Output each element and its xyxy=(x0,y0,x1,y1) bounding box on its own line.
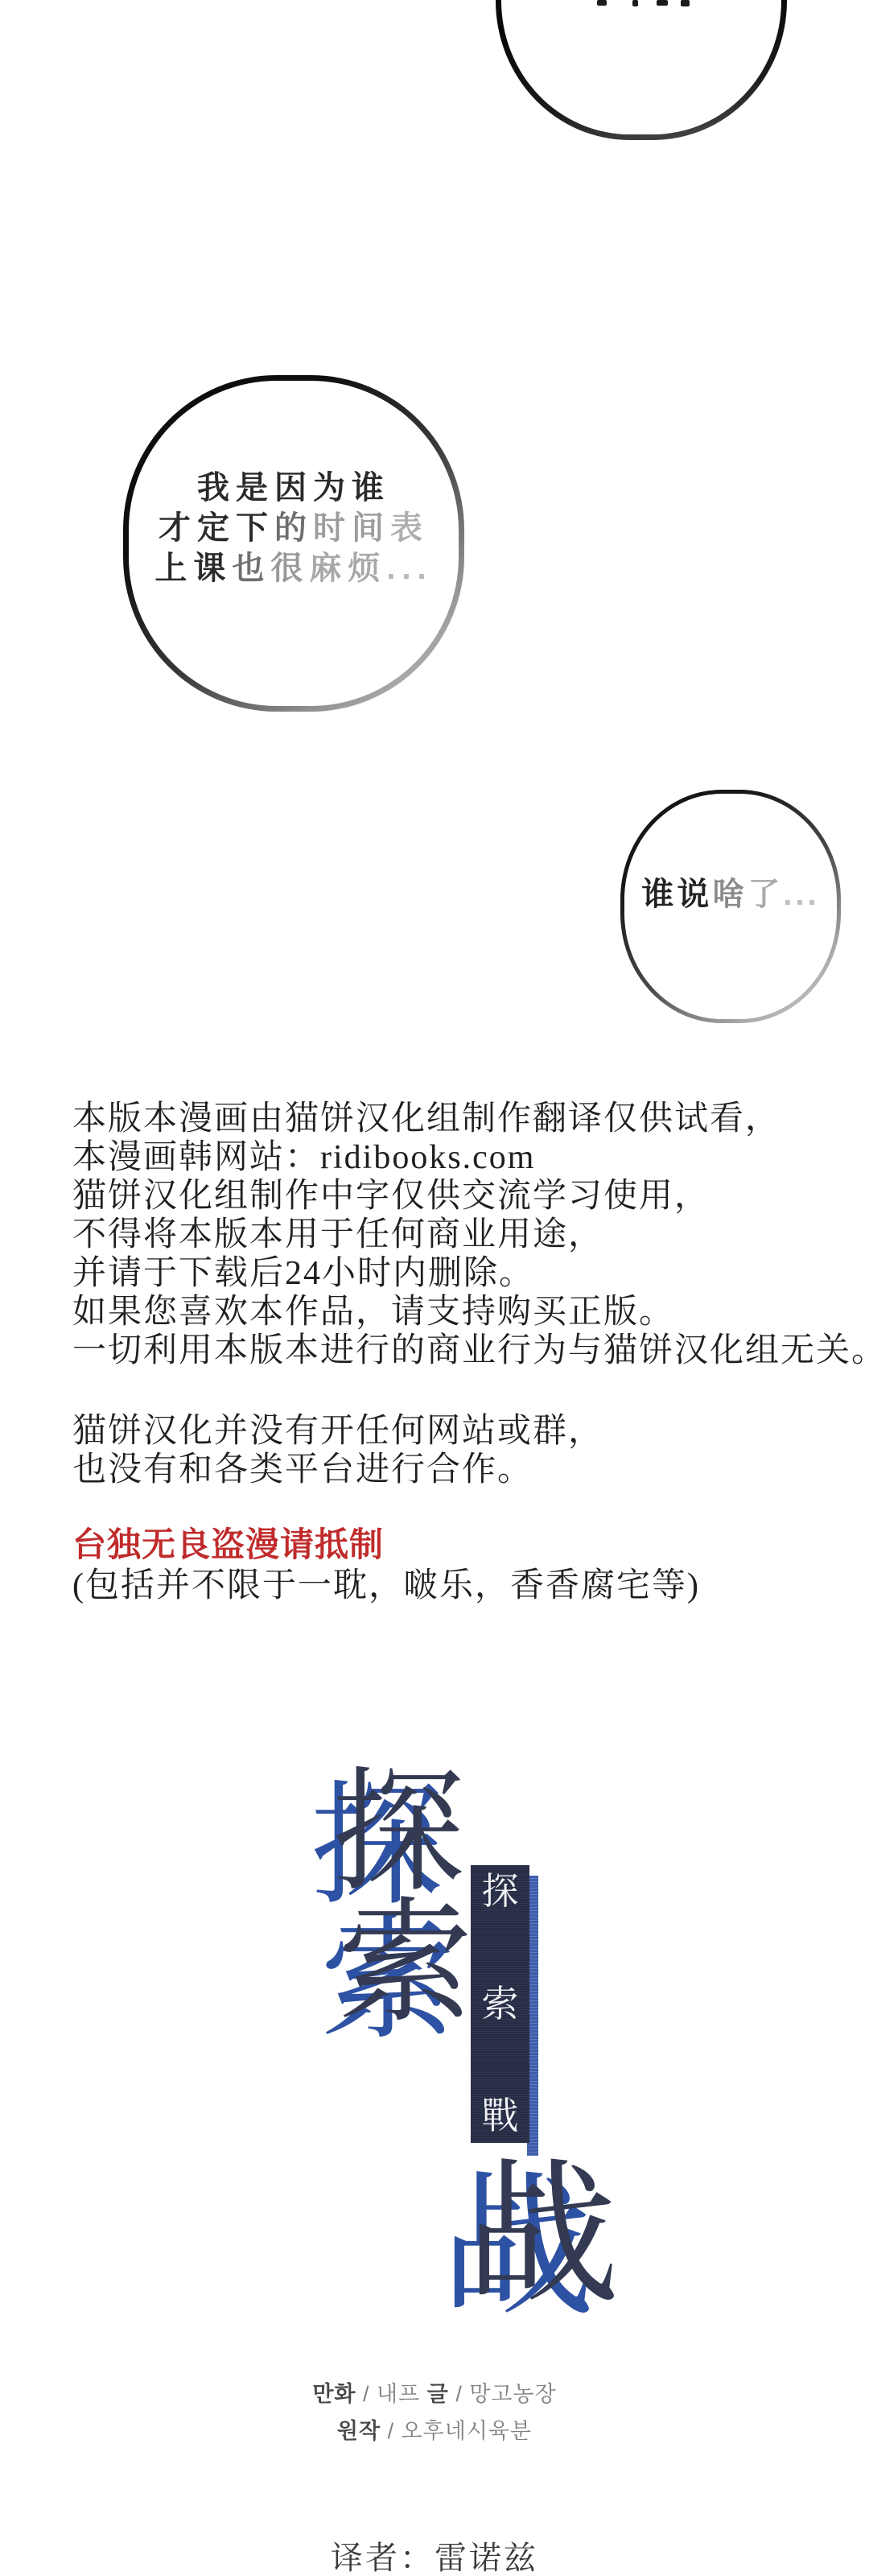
speech-bubble-top-partial xyxy=(496,0,787,140)
bubble-text-line: 才定下的时间表 xyxy=(129,508,459,548)
text-segment: / xyxy=(381,2419,402,2443)
text-segment: ... xyxy=(386,551,432,586)
notice-line: 也没有和各类平台进行合作。 xyxy=(72,1451,603,1489)
banner-char-2: 索 xyxy=(482,1986,519,2023)
credits-line-artist-writer: 만화 / 내프 글 / 망고농장 xyxy=(0,2376,869,2408)
text-segment: / xyxy=(449,2382,470,2406)
notice-line: 本漫画韩网站：ridibooks.com xyxy=(72,1138,869,1177)
text-segment: 내프 xyxy=(377,2382,420,2406)
text-segment: 오후네시육분 xyxy=(402,2419,533,2443)
text-segment: 망고농장 xyxy=(469,2382,556,2406)
text-segment: 也 xyxy=(232,551,270,586)
text-segment: 了 xyxy=(748,877,783,912)
warning-red-text: 台独无良盗漫请抵制 xyxy=(72,1526,384,1565)
text-segment: 麻烦 xyxy=(309,551,386,586)
notice-line: 一切利用本版本进行的商业行为与猫饼汉化组无关。 xyxy=(72,1331,869,1370)
banner-char-1: 探 xyxy=(482,1873,519,1910)
notice-paragraph-disclaimer: 本版本漫画由猫饼汉化组制作翻译仅供试看，本漫画韩网站：ridibooks.com… xyxy=(72,1100,869,1370)
title-big-char-1-dark-layer: 探 xyxy=(332,1766,465,1900)
bubble-text-line: 谁说啥了... xyxy=(624,874,837,914)
speech-bubble-small-text: 谁说啥了... xyxy=(624,874,837,914)
notice-line: 如果您喜欢本作品，请支持购买正版。 xyxy=(72,1293,869,1331)
text-segment: 表 xyxy=(390,510,429,546)
text-segment: 上课 xyxy=(154,551,232,586)
notice-line: 并请于下载后24小时内删除。 xyxy=(72,1254,869,1293)
cutoff-text-fragment xyxy=(632,0,638,6)
banner-char-3: 戰 xyxy=(482,2098,519,2135)
translator-credit: 译者：雷诺兹 xyxy=(0,2533,869,2576)
text-segment: 만화 xyxy=(312,2382,356,2406)
speech-bubble-main-text: 我是因为谁才定下的时间表上课也很麻烦... xyxy=(129,468,459,588)
notice-line: 猫饼汉化组制作中字仅供交流学习使用， xyxy=(72,1177,869,1216)
text-segment: 才定下 xyxy=(159,510,274,546)
text-segment: 啥 xyxy=(712,877,748,912)
warning-detail-text: (包括并不限于一耽，啵乐，香香腐宅等) xyxy=(72,1567,700,1605)
text-segment: 的 xyxy=(274,510,313,546)
credits-line-original: 원작 / 오후네시육분 xyxy=(0,2413,869,2445)
text-segment: / xyxy=(356,2382,377,2406)
comic-page: 我是因为谁才定下的时间表上课也很麻烦... 谁说啥了... 本版本漫画由猫饼汉化… xyxy=(0,0,869,2576)
text-segment: 글 xyxy=(427,2382,449,2406)
text-segment: 时间 xyxy=(313,510,390,546)
bubble-text-line: 上课也很麻烦... xyxy=(129,548,459,588)
title-banner: 探 索 戰 xyxy=(471,1865,529,2143)
text-segment xyxy=(420,2382,427,2406)
cutoff-text-fragment xyxy=(597,0,607,6)
text-segment: ... xyxy=(783,877,819,912)
bubble-text-line: 我是因为谁 xyxy=(129,468,459,508)
speech-bubble-small: 谁说啥了... xyxy=(620,790,841,1023)
notice-line: 猫饼汉化并没有开任何网站或群， xyxy=(72,1412,603,1451)
speech-bubble-main: 我是因为谁才定下的时间表上课也很麻烦... xyxy=(123,375,464,712)
notice-line: 不得将本版本用于任何商业用途， xyxy=(72,1216,869,1254)
text-segment: 很 xyxy=(270,551,309,586)
text-segment: 谁说 xyxy=(641,877,712,912)
cutoff-text-fragment xyxy=(657,0,668,6)
text-segment: 원작 xyxy=(337,2419,381,2443)
cutoff-text-fragment xyxy=(681,0,690,6)
title-big-char-2-dark-layer: 索 xyxy=(338,1897,473,2032)
title-big-char-3-dark-layer: 战 xyxy=(465,2159,620,2314)
notice-line: 本版本漫画由猫饼汉化组制作翻译仅供试看， xyxy=(72,1100,869,1138)
notice-paragraph-no-affiliation: 猫饼汉化并没有开任何网站或群，也没有和各类平台进行合作。 xyxy=(72,1412,603,1489)
text-segment: 我是因为谁 xyxy=(197,470,390,506)
